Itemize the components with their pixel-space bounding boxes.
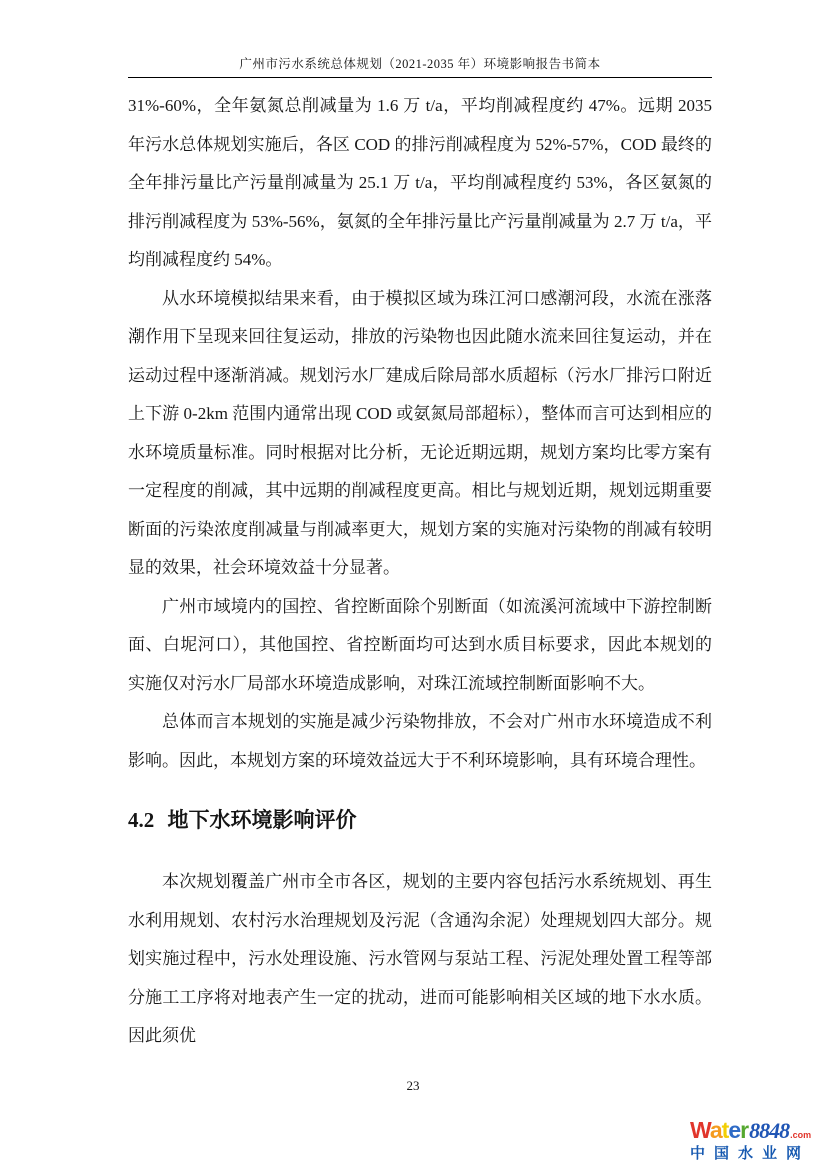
paragraph-control-sections: 广州市域境内的国控、省控断面除个别断面（如流溪河流域中下游控制断面、白坭河口），… bbox=[128, 588, 712, 704]
paragraph-overall-conclusion: 总体而言本规划的实施是减少污染物排放，不会对广州市水环境造成不利影响。因此，本规… bbox=[128, 703, 712, 780]
paragraph-water-simulation-results: 从水环境模拟结果来看，由于模拟区域为珠江河口感潮河段，水流在涨落潮作用下呈现来回… bbox=[128, 280, 712, 588]
paragraph-groundwater-scope: 本次规划覆盖广州市全市各区，规划的主要内容包括污水系统规划、再生水利用规划、农村… bbox=[128, 863, 712, 1056]
brand-letter-r: r bbox=[740, 1117, 748, 1143]
section-heading: 4.2 地下水环境影响评价 bbox=[128, 805, 712, 836]
watermark-brand-word: Water bbox=[690, 1119, 748, 1142]
brand-letter-e: e bbox=[728, 1117, 740, 1143]
brand-letter-a: a bbox=[710, 1117, 722, 1143]
section-heading-number: 4.2 bbox=[128, 808, 154, 832]
paragraph-cod-ammonia-reduction: 31%-60%，全年氨氮总削减量为 1.6 万 t/a，平均削减程度约 47%。… bbox=[128, 87, 712, 280]
watermark-brand-tld: .com bbox=[790, 1131, 811, 1140]
page-number: 23 bbox=[0, 1078, 826, 1094]
document-page: 广州市污水系统总体规划（2021-2035 年）环境影响报告书简本 31%-60… bbox=[0, 0, 826, 1169]
watermark-logo: Water 8848 .com 中国水业网 bbox=[690, 1119, 822, 1161]
document-body: 31%-60%，全年氨氮总削减量为 1.6 万 t/a，平均削减程度约 47%。… bbox=[128, 87, 712, 1056]
watermark-brand-line: Water 8848 .com bbox=[690, 1119, 822, 1142]
watermark-subtitle: 中国水业网 bbox=[690, 1146, 822, 1161]
brand-letter-w: W bbox=[690, 1117, 710, 1143]
header-rule bbox=[128, 77, 712, 78]
section-heading-title: 地下水环境影响评价 bbox=[168, 809, 357, 832]
watermark-brand-number: 8848 bbox=[749, 1120, 789, 1142]
header-title: 广州市污水系统总体规划（2021-2035 年）环境影响报告书简本 bbox=[128, 0, 712, 72]
document-header: 广州市污水系统总体规划（2021-2035 年）环境影响报告书简本 bbox=[128, 0, 712, 78]
